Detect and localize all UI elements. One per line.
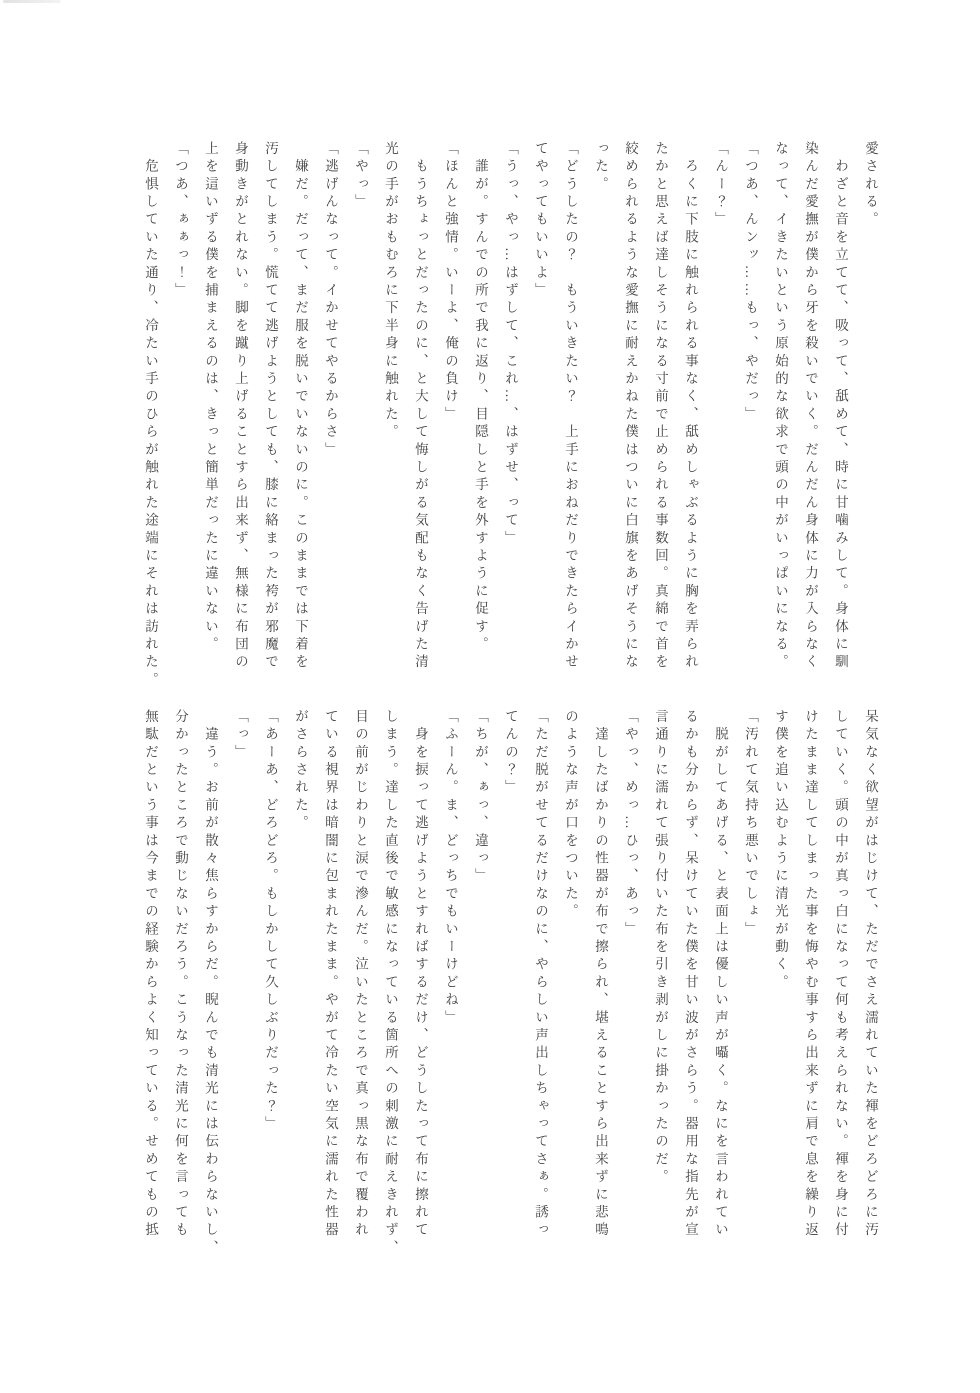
text-line: 身動きがとれない。脚を蹴り上げることすら出来ず、無様に布団の (225, 141, 255, 675)
text-line: 無駄だという事は今までの経験からよく知っている。せめてもの抵 (135, 709, 165, 1243)
text-line: 脱がしてあげる、と表面上は優しい声が囁く。なにを言われてい (705, 709, 735, 1243)
text-line: 上を這いずる僕を捕まえるのは、きっと簡単だったに違いない。 (195, 141, 225, 675)
text-line: 呆気なく欲望がはじけて、ただでさえ濡れていた褌をどろどろに汚 (855, 709, 885, 1243)
text-line: しまう。達した直後で敏感になっている箇所への刺激に耐えきれず、 (375, 709, 405, 1243)
text-line: 「ちが、ぁっ、違っ」 (465, 709, 495, 1243)
text-line: てやってもいいよ」 (525, 141, 555, 675)
text-line: わざと音を立てて、吸って、舐めて、時に甘噛みして。身体に馴 (825, 141, 855, 675)
text-line: もうちょっとだったのに、と大して悔しがる気配もなく告げた清 (405, 141, 435, 675)
scan-edge-artifact (3, 0, 61, 3)
scanned-novel-page: 愛される。 わざと音を立てて、吸って、舐めて、時に甘噛みして。身体に馴染んだ愛撫… (0, 0, 980, 1393)
text-line: ている視界は暗闇に包まれたまま。やがて冷たい空気に濡れた性器 (315, 709, 345, 1243)
text-line: 違う。お前が散々焦らすからだ。睨んでも清光には伝わらないし、 (195, 709, 225, 1243)
text-line: 危惧していた通り、冷たい手のひらが触れた途端にそれは訪れた。 (135, 141, 165, 675)
text-line: 目の前がじわりと涙で滲んだ。泣いたところで真っ黒な布で覆われ (345, 709, 375, 1243)
text-line: てんの？」 (495, 709, 525, 1243)
text-line: 「ただ脱がせてるだけなのに、やらしい声出しちゃってさぁ。誘っ (525, 709, 555, 1243)
text-line: 誰が。すんでの所で我に返り、目隠しと手を外すように促す。 (465, 141, 495, 675)
text-line: 分かったところで動じないだろう。こうなった清光に何を言っても (165, 709, 195, 1243)
text-line: 「汚れて気持ち悪いでしょ」 (735, 709, 765, 1243)
text-line: 言通りに濡れて張り付いた布を引き剥がしに掛かったのだ。 (645, 709, 675, 1243)
text-line: す僕を追い込むように清光が動く。 (765, 709, 795, 1243)
text-line: 「あーあ、どろどろ。もしかして久しぶりだった？」 (255, 709, 285, 1243)
text-line: 「やっ、めっ…ひっ、あっ」 (615, 709, 645, 1243)
text-line: 嫌だ。だって、まだ服を脱いでいないのに。このままでは下着を (285, 141, 315, 675)
text-line: なって、イきたいという原始的な欲求で頭の中がいっぱいになる。 (765, 141, 795, 675)
text-line: 「うっ、やっ…はずして、これ…、はずせ、って」 (495, 141, 525, 675)
text-line: った。 (585, 141, 615, 675)
text-line: 光の手がおもむろに下半身に触れた。 (375, 141, 405, 675)
lower-text-block: 呆気なく欲望がはじけて、ただでさえ濡れていた褌をどろどろに汚していく。頭の中が真… (133, 709, 885, 1243)
text-line: していく。頭の中が真っ白になって何も考えられない。褌を身に付 (825, 709, 855, 1243)
text-line: 愛される。 (855, 141, 885, 675)
text-line: 染んだ愛撫が僕から牙を殺いでいく。だんだん身体に力が入らなく (795, 141, 825, 675)
text-line: 「ほんと強情。いーよ、俺の負け」 (435, 141, 465, 675)
text-line: るかも分からず、呆けていた僕を甘い波がさらう。器用な指先が宣 (675, 709, 705, 1243)
text-line: 「逃げんなって。イかせてやるからさ」 (315, 141, 345, 675)
text-line: 「つあ、んンッ……もっ、やだっ」 (735, 141, 765, 675)
text-line: のような声が口をついた。 (555, 709, 585, 1243)
text-line: 「つあ、ぁぁっ！」 (165, 141, 195, 675)
text-line: 達したばかりの性器が布で擦られ、堪えることすら出来ずに悲鳴 (585, 709, 615, 1243)
upper-text-block: 愛される。 わざと音を立てて、吸って、舐めて、時に甘噛みして。身体に馴染んだ愛撫… (133, 141, 885, 675)
text-line: 「ふーん。ま、どっちでもいーけどね」 (435, 709, 465, 1243)
text-line: 汚してしまう。慌てて逃げようとしても、膝に絡まった袴が邪魔で (255, 141, 285, 675)
text-line: 「どうしたの？ もういきたい？ 上手におねだりできたらイかせ (555, 141, 585, 675)
text-line: けたまま達してしまった事を悔やむ事すら出来ずに肩で息を繰り返 (795, 709, 825, 1243)
text-line: たかと思えば達しそうになる寸前で止められる事数回。真綿で首を (645, 141, 675, 675)
text-line: 絞められるような愛撫に耐えかねた僕はついに白旗をあげそうにな (615, 141, 645, 675)
text-line: 「やっ」 (345, 141, 375, 675)
text-line: 「んー？」 (705, 141, 735, 675)
text-line: がさらされた。 (285, 709, 315, 1243)
text-line: 「っ」 (225, 709, 255, 1243)
text-line: ろくに下肢に触れられる事なく、舐めしゃぶるように胸を弄られ (675, 141, 705, 675)
text-line: 身を捩って逃げようとすればするだけ、どうしたって布に擦れて (405, 709, 435, 1243)
